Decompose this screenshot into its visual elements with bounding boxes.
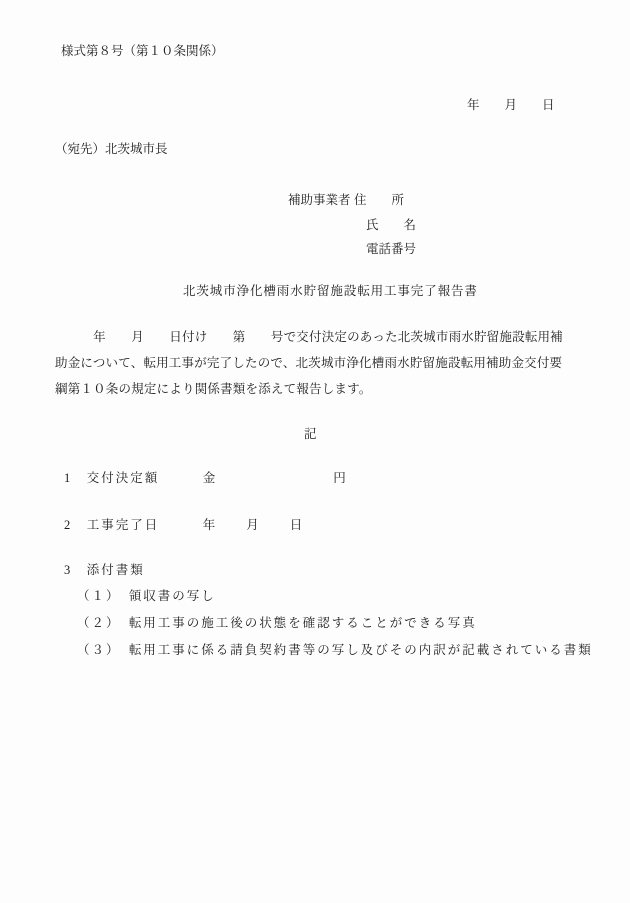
- date-blank-line: 年 月 日: [467, 98, 555, 113]
- applicant-label: 補助事業者: [288, 193, 351, 208]
- item-attachments-heading: 3 添付書類: [64, 563, 145, 578]
- body-line-3: 綱第１０条の規定により関係書類を添えて報告します。: [55, 382, 372, 397]
- applicant-name-field: 氏 名: [366, 218, 416, 233]
- form-number: 様式第８号（第１０条関係）: [61, 44, 224, 59]
- report-title: 北茨城市浄化槽雨水貯留施設転用工事完了報告書: [183, 284, 478, 299]
- applicant-address-field: 住 所: [354, 193, 404, 208]
- item-completion-date: 2 工事完了日 年 月 日: [64, 518, 304, 533]
- addressee-line: （宛先）北茨城市長: [55, 142, 168, 157]
- body-line-2: 助金について、転用工事が完了したので、北茨城市浄化槽雨水貯留施設転用補助金交付要: [55, 356, 562, 371]
- item-grant-amount: 1 交付決定額 金 円: [64, 471, 348, 486]
- ki-marker: 記: [304, 427, 317, 442]
- document-page: 様式第８号（第１０条関係） 年 月 日 （宛先）北茨城市長 補助事業者 住 所 …: [0, 0, 630, 903]
- attachment-item-1: （１） 領収書の写し: [77, 589, 216, 604]
- applicant-phone-field: 電話番号: [366, 242, 416, 257]
- attachment-item-2: （２） 転用工事の施工後の状態を確認することができる写真: [77, 616, 477, 631]
- attachment-item-3: （３） 転用工事に係る請負契約書等の写し及びその内訳が記載されている書類: [77, 643, 593, 658]
- body-line-1: 年 月 日付け 第 号で交付決定のあった北茨城市雨水貯留施設転用補: [55, 330, 563, 345]
